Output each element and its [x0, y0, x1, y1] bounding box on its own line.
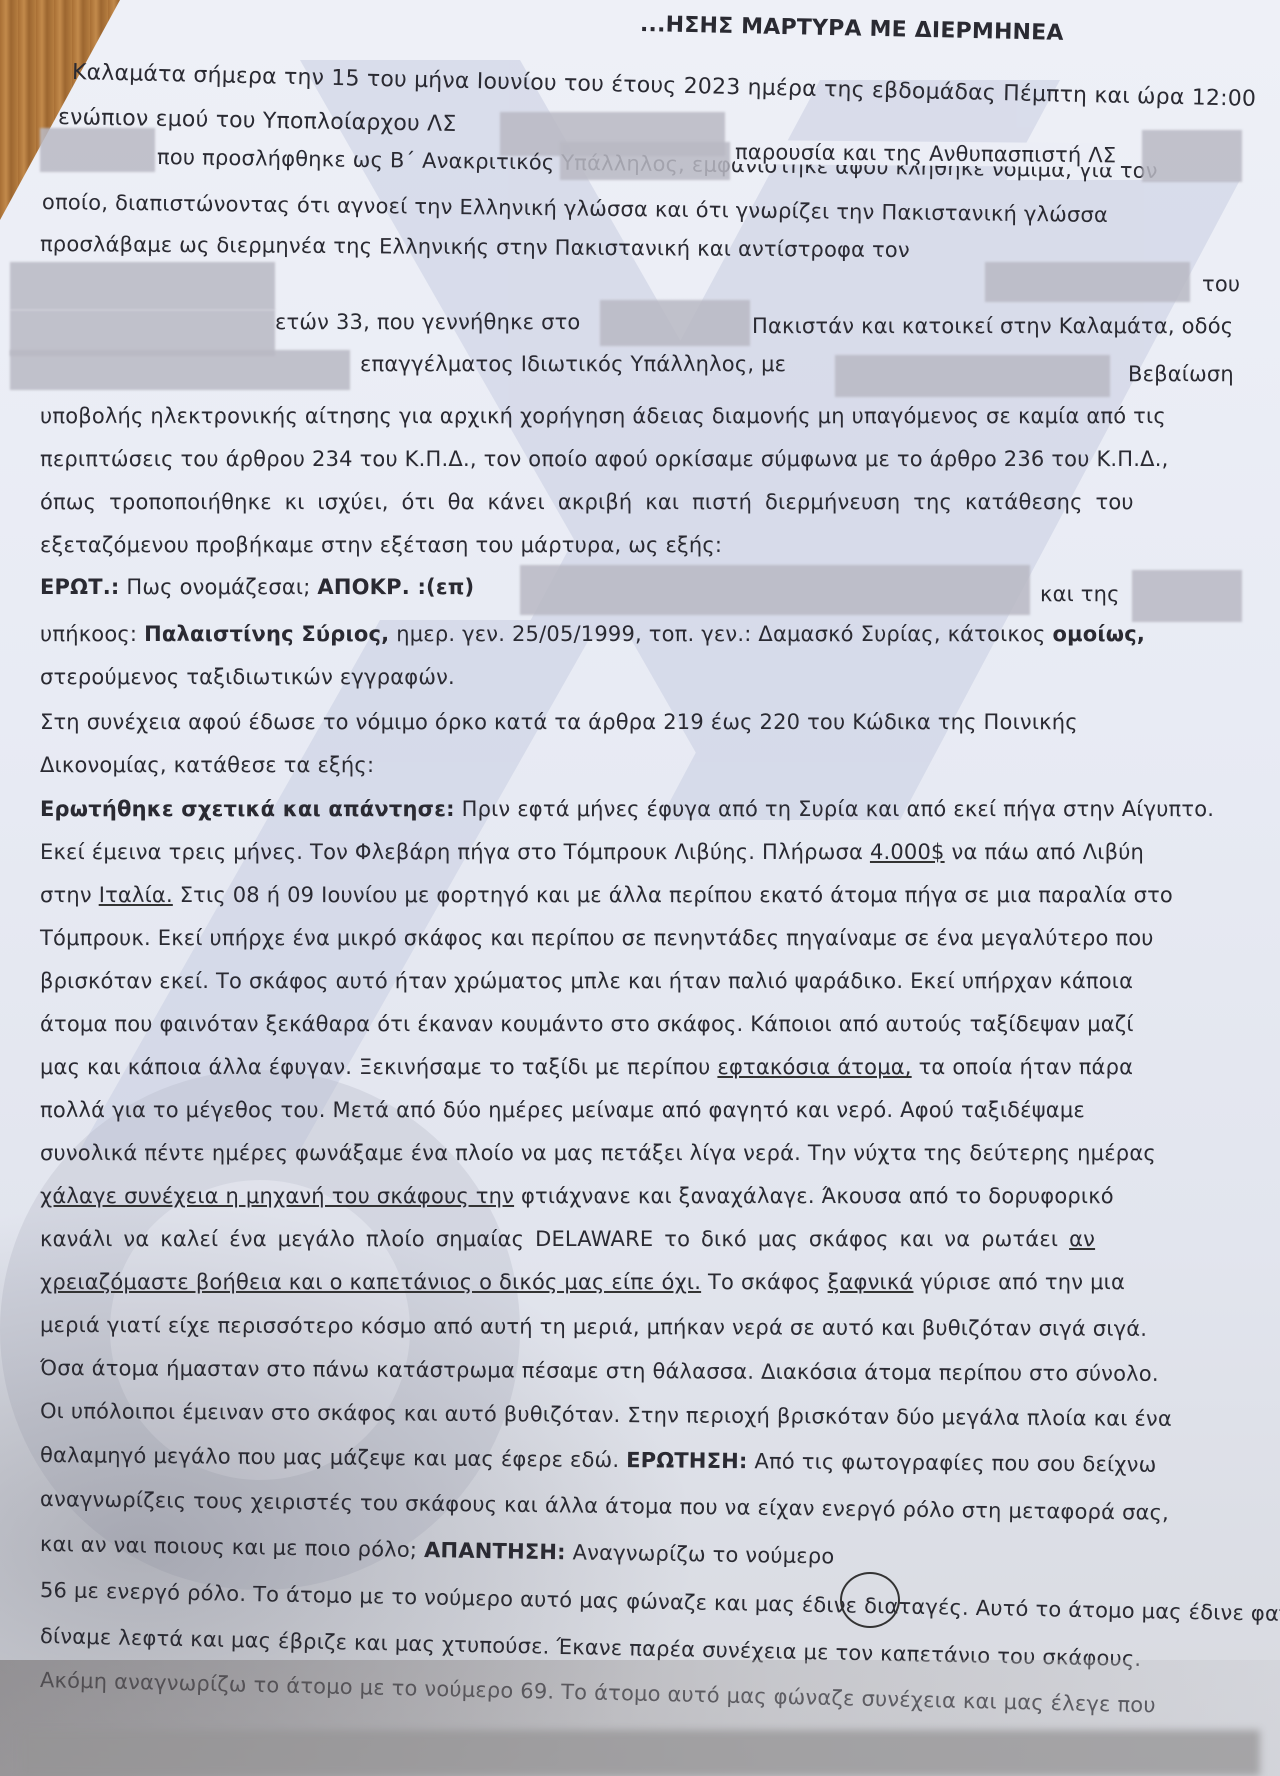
text-line: ετών 33, που γεννήθηκε στο: [275, 310, 581, 334]
text-line: Εκεί έμεινα τρεις μήνες. Τον Φλεβάρη πήγ…: [40, 840, 1144, 864]
redacted-name: [560, 142, 730, 180]
text-line: κανάλι να καλεί ένα μεγάλο πλοίο σημαίας…: [40, 1227, 1095, 1251]
text-line: υποβολής ηλεκτρονικής αίτησης για αρχική…: [40, 404, 1166, 428]
text-line: εξεταζόμενου προβήκαμε στην εξέταση του …: [40, 533, 722, 557]
text-line: Πακιστάν και κατοικεί στην Καλαμάτα, οδό…: [752, 314, 1233, 338]
redacted-name: [1132, 570, 1242, 622]
question-label: ΕΡΩΤ.:: [40, 575, 120, 599]
text-line: Τόμπρουκ. Εκεί υπήρχε ένα μικρό σκάφος κ…: [40, 926, 1154, 950]
redacted-bottom-area: [20, 1730, 1260, 1776]
text-line: υπήκοος: Παλαιστίνης Σύριος, ημερ. γεν. …: [40, 622, 1145, 646]
redacted-name: [40, 128, 155, 172]
text-line: χρειαζόμαστε βοήθεια και ο καπετάνιος ο …: [40, 1270, 1125, 1294]
text-line: παρουσία και της Ανθυπασπιστή ΛΣ: [735, 140, 1117, 167]
redacted-name: [10, 262, 275, 310]
text-line: μεριά γιατί είχε περισσότερο κόσμο από α…: [40, 1313, 1147, 1341]
question-line: ΕΡΩΤ.: Πως ονομάζεσαι; ΑΠΟΚΡ. :(επ): [40, 575, 474, 599]
redacted-name: [1142, 130, 1242, 182]
text-line: Ερωτήθηκε σχετικά και απάντησε: Πριν εφτ…: [40, 797, 1214, 821]
text-line: άτομα που φαινόταν ξεκάθαρα ότι έκαναν κ…: [40, 1012, 1134, 1036]
answer-label: ΑΠΟΚΡ. :(επ): [317, 575, 474, 599]
text-line: Δικονομίας, κατάθεσε τα εξής:: [40, 753, 374, 777]
redacted-address: [10, 350, 350, 390]
pen-circle-mark: [840, 1572, 900, 1628]
redacted-name: [985, 262, 1190, 302]
redacted-name: [520, 565, 1030, 615]
text-line: συνολικά πέντε ημέρες φωνάξαμε ένα πλοίο…: [40, 1141, 1156, 1165]
text-line: όπως τροποποιήθηκε κι ισχύει, ότι θα κάν…: [40, 490, 1134, 514]
text-line: Βεβαίωση: [1128, 362, 1234, 386]
text-line: επαγγέλματος Ιδιωτικός Υπάλληλος, με: [360, 352, 786, 376]
text-line: και της: [1040, 582, 1120, 606]
text-line: πολλά για το μέγεθος του. Μετά από δύο η…: [40, 1098, 1085, 1122]
redacted-place: [600, 300, 750, 346]
text-line: Στη συνέχεια αφού έδωσε το νόμιμο όρκο κ…: [40, 710, 1078, 734]
text-line: βρισκόταν εκεί. Το σκάφος αυτό ήταν χρώμ…: [40, 969, 1133, 993]
text-line: στερούμενος ταξιδιωτικών εγγραφών.: [40, 665, 455, 689]
statement-label: Ερωτήθηκε σχετικά και απάντησε:: [40, 797, 455, 821]
text-line: στην Ιταλία. Στις 08 ή 09 Ιουνίου με φορ…: [40, 883, 1173, 907]
redacted-document-number: [835, 355, 1110, 397]
text-line: περιπτώσεις του άρθρου 234 του Κ.Π.Δ., τ…: [40, 447, 1168, 471]
text-line: του: [1202, 272, 1240, 296]
text-line: μας και κάποια άλλα έφυγαν. Ξεκινήσαμε τ…: [40, 1055, 1133, 1079]
text-line: χάλαγε συνέχεια η μηχανή του σκάφους την…: [40, 1184, 1114, 1208]
